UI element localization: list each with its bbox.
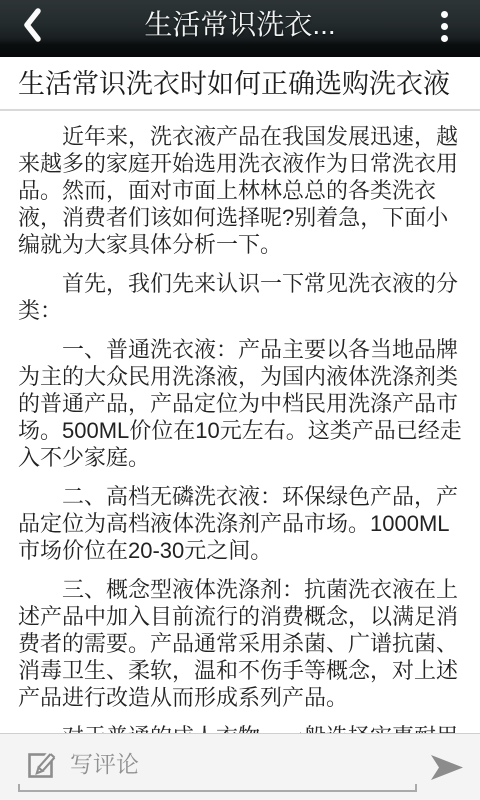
overflow-dots-icon xyxy=(420,11,468,42)
input-underline xyxy=(18,790,417,792)
article-paragraph: 三、概念型液体洗涤剂：抗菌洗衣液在上述产品中加入目前流行的消费概念，以满足消费者… xyxy=(18,576,462,711)
article-body[interactable]: 近年来，洗衣液产品在我国发展迅速，越来越多的家庭开始选用洗衣液作为日常洗衣用品。… xyxy=(0,113,480,733)
navbar: 生活常识洗衣... xyxy=(0,0,480,57)
article-paragraph: 二、高档无磷洗衣液：环保绿色产品，产品定位为高档液体洗涤剂产品市场。1000ML… xyxy=(18,483,462,564)
pencil-compose-icon xyxy=(27,747,59,779)
back-button[interactable] xyxy=(0,0,64,57)
navbar-title: 生活常识洗衣... xyxy=(144,7,335,43)
article-paragraph: 对于普通的成人衣物，一般选择实惠耐用的各类产品即可满足日常洗涤需要。 xyxy=(18,723,462,733)
send-arrow-icon xyxy=(431,755,463,780)
send-button[interactable] xyxy=(426,749,468,785)
article-headline: 生活常识洗衣时如何正确选购洗衣液 xyxy=(0,57,480,111)
overflow-menu-button[interactable] xyxy=(420,1,468,51)
chevron-left-icon xyxy=(19,6,45,44)
app-screen: 生活常识洗衣... 生活常识洗衣时如何正确选购洗衣液 近年来，洗衣液产品在我国发… xyxy=(0,0,480,800)
comment-bar: 写评论 xyxy=(0,733,480,800)
comment-input[interactable]: 写评论 xyxy=(18,734,417,800)
comment-placeholder: 写评论 xyxy=(70,750,139,778)
article-paragraph: 近年来，洗衣液产品在我国发展迅速，越来越多的家庭开始选用洗衣液作为日常洗衣用品。… xyxy=(18,123,462,258)
article-paragraph: 首先，我们先来认识一下常见洗衣液的分类： xyxy=(18,270,462,324)
article-paragraph: 一、普通洗衣液：产品主要以各当地品牌为主的大众民用洗涤液，为国内液体洗涤剂类的普… xyxy=(18,336,462,471)
